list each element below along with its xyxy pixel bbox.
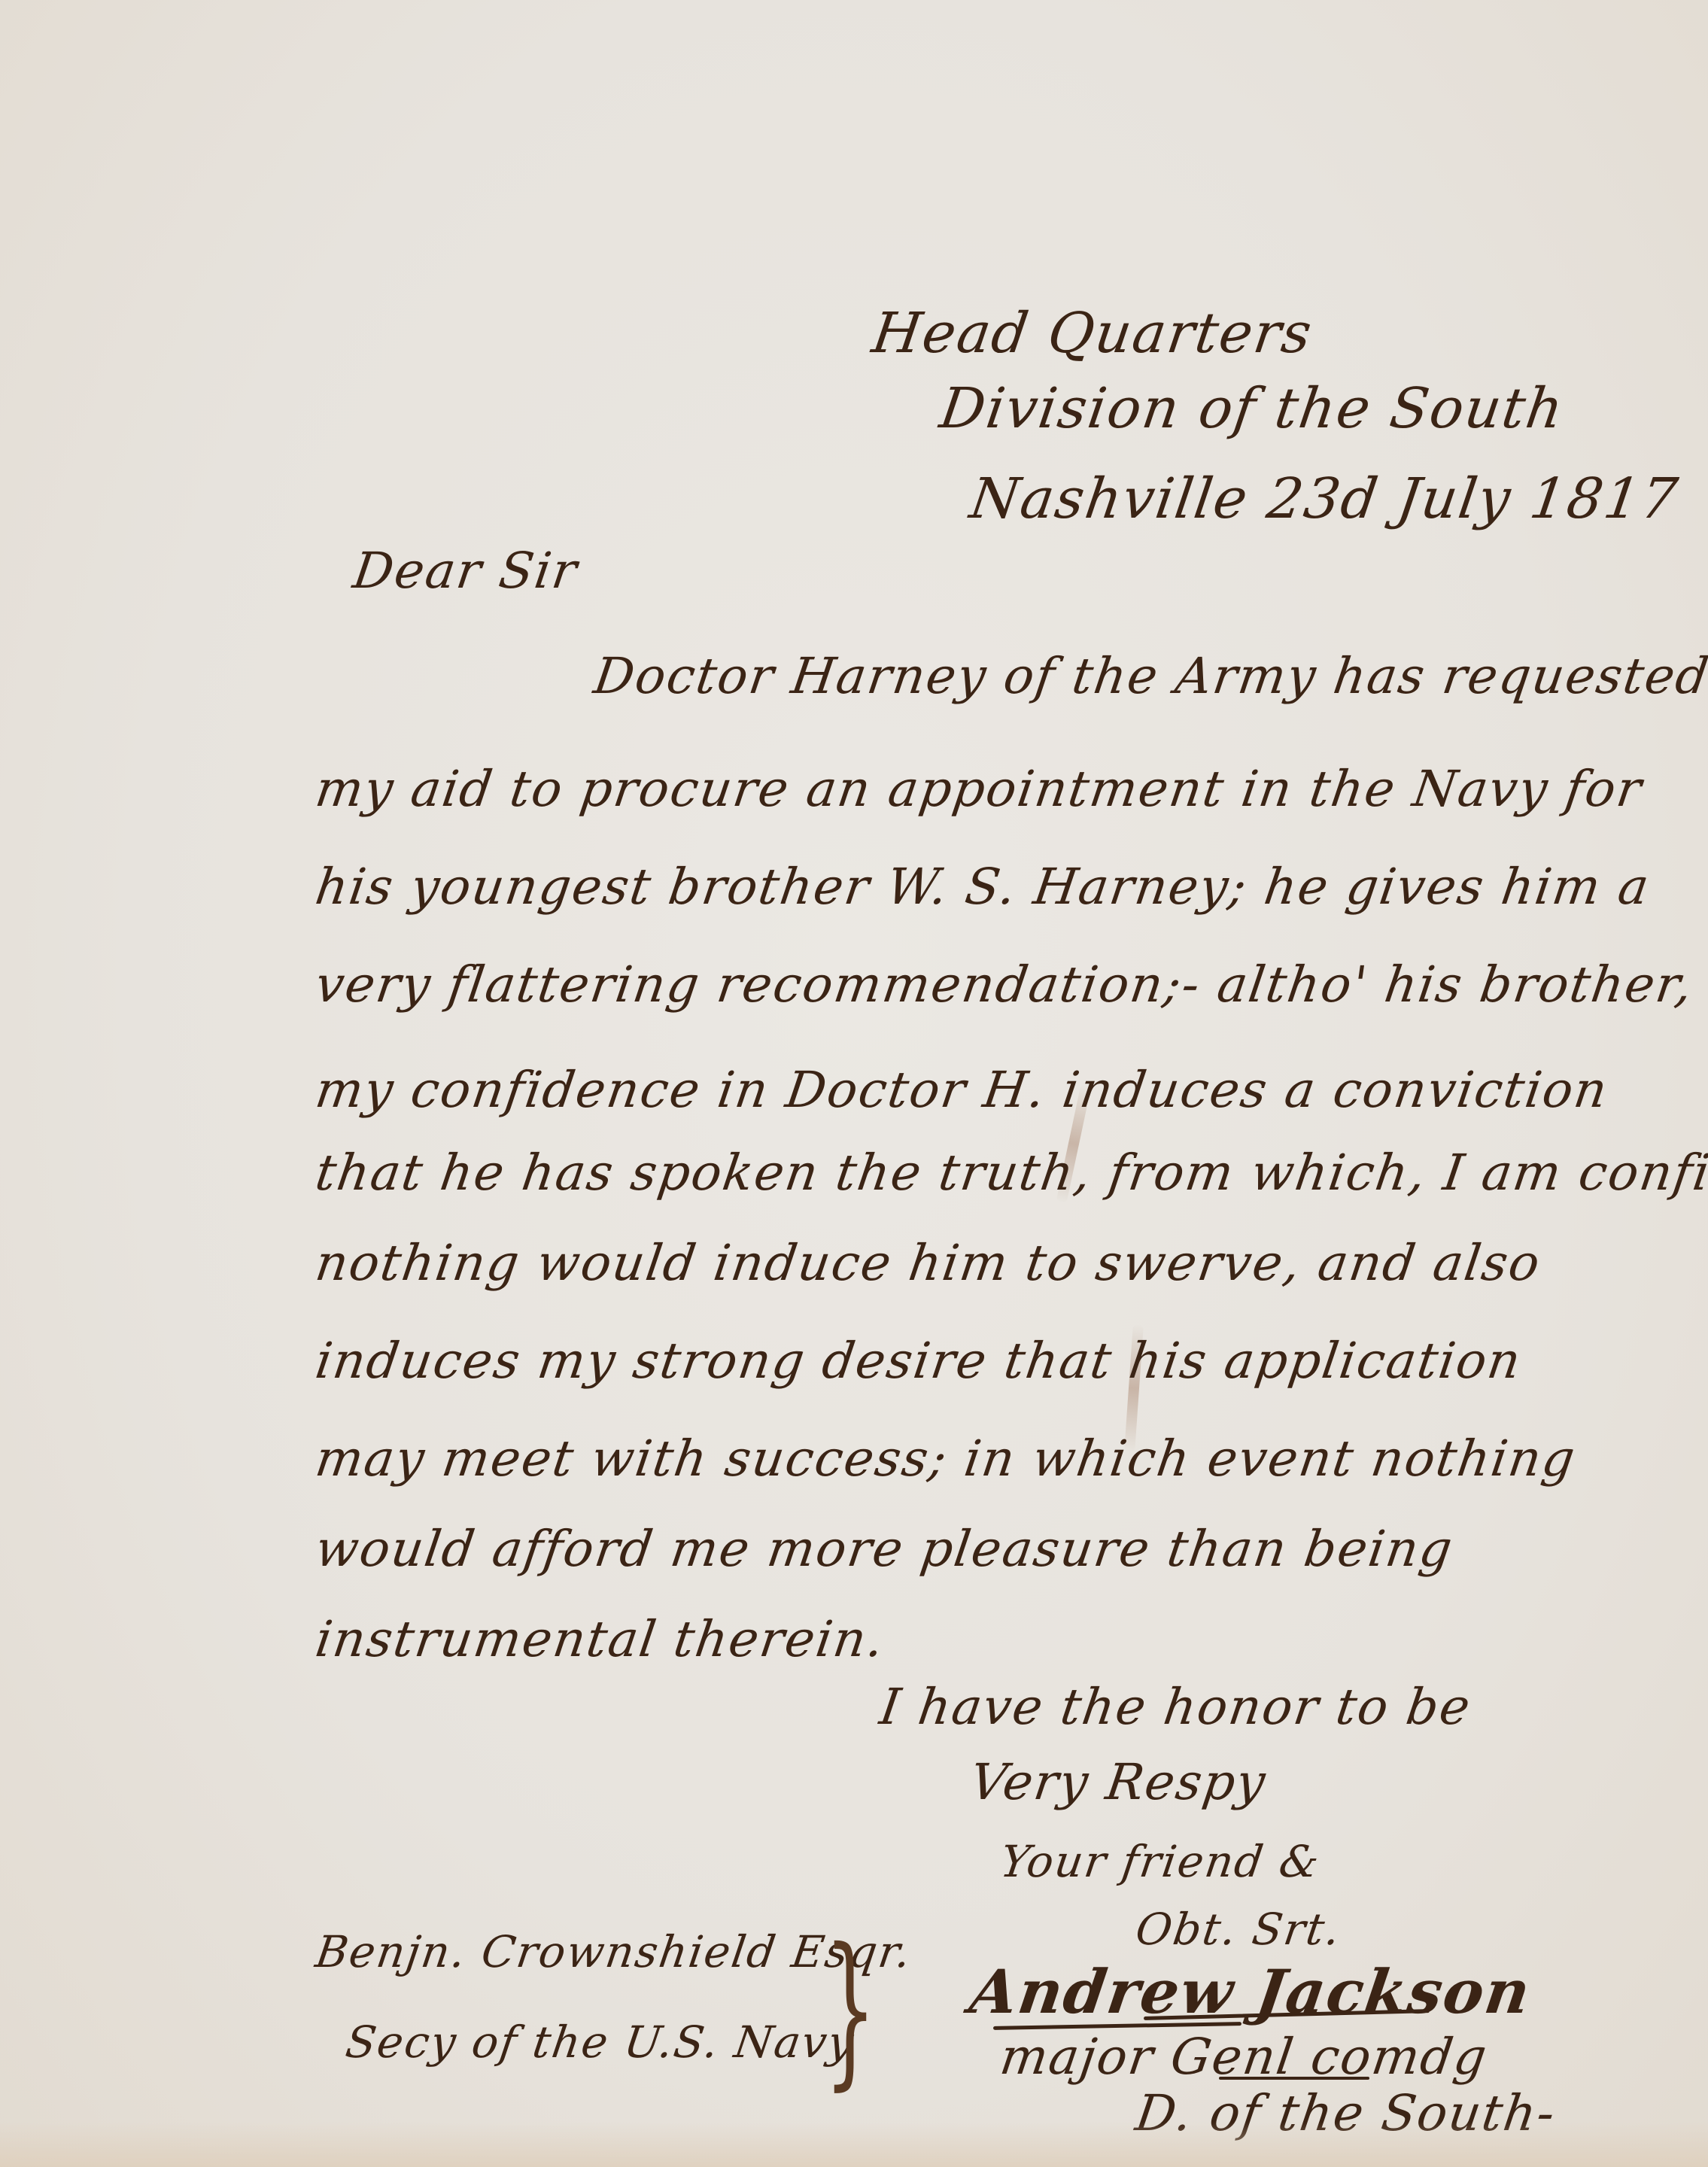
signature-title-division: D. of the South- [1132, 2084, 1560, 2142]
heading-division: Division of the South [936, 376, 1568, 441]
body-line: Doctor Harney of the Army has requested [591, 647, 1708, 705]
heading-place-date: Nashville 23d July 1817 [966, 467, 1682, 531]
addressee-brace: } [824, 1926, 877, 2092]
closing-honor: I have the honor to be [877, 1678, 1476, 1736]
body-line: may meet with success; in which event no… [312, 1430, 1580, 1488]
body-line: would afford me more pleasure than being [312, 1520, 1457, 1578]
addressee-title: Secy of the U.S. Navy [342, 2017, 858, 2068]
heading-headquarters: Head Quarters [868, 301, 1317, 366]
closing-friend: Your friend & [997, 1836, 1324, 1887]
body-line: that he has spoken the truth, from which… [312, 1144, 1708, 1202]
title-underline [1219, 2077, 1369, 2080]
body-line: nothing would induce him to swerve, and … [312, 1234, 1545, 1292]
salutation: Dear Sir [350, 542, 582, 600]
closing-respectfully: Very Respy [967, 1753, 1270, 1811]
body-line: my aid to procure an appointment in the … [312, 760, 1646, 818]
closing-obedient-servant: Obt. Srt. [1132, 1904, 1345, 1955]
letter-page: Head Quarters Division of the South Nash… [0, 0, 1708, 2167]
body-line: very flattering recommendation;- altho' … [312, 956, 1697, 1014]
body-line: his youngest brother W. S. Harney; he gi… [312, 858, 1654, 916]
body-line: instrumental therein. [312, 1610, 889, 1668]
body-line: my confidence in Doctor H. induces a con… [312, 1061, 1612, 1119]
body-line: induces my strong desire that his applic… [312, 1332, 1526, 1390]
